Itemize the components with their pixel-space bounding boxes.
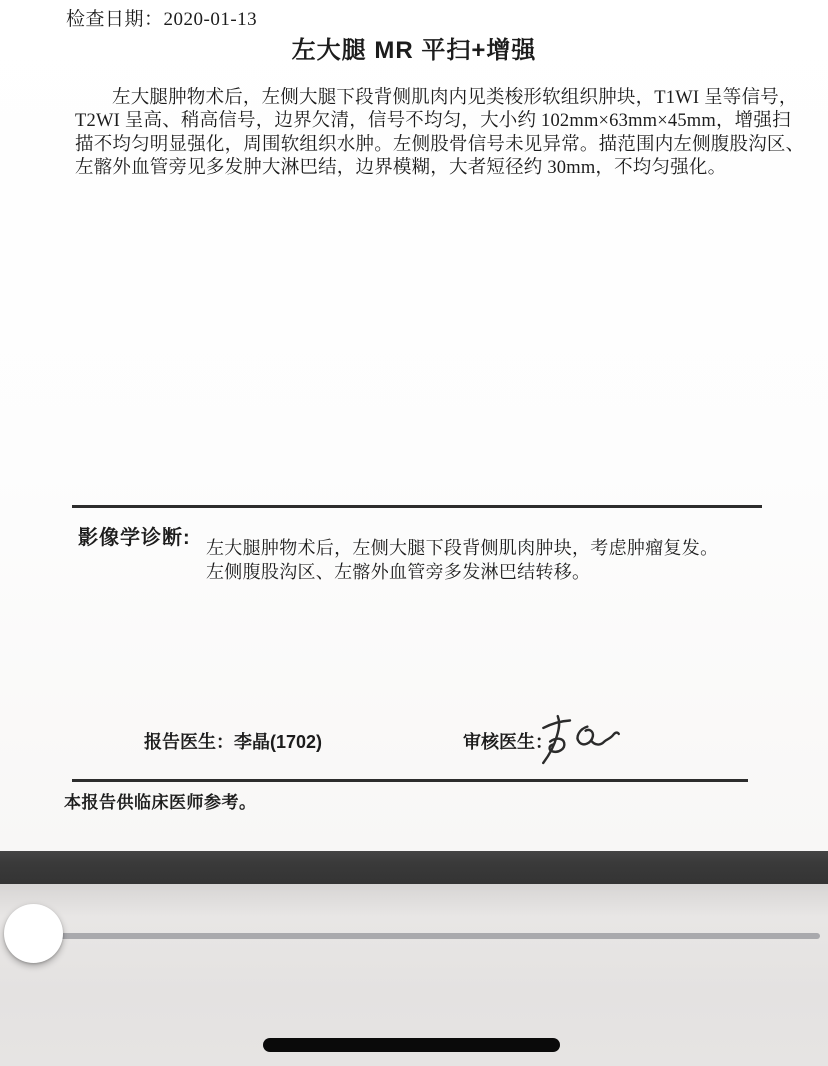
- findings-line: 描不均匀明显强化，周围软组织水肿。左侧股骨信号未见异常。描范围内左侧腹股沟区、: [75, 134, 765, 157]
- findings-line: 左髂外血管旁见多发肿大淋巴结，边界模糊，大者短径约 30mm，不均匀强化。: [75, 157, 765, 180]
- report-doctor-line: 报告医生：李晶(1702): [144, 728, 322, 754]
- report-doctor-label: 报告医生：: [144, 732, 234, 752]
- page-scrub-slider[interactable]: [0, 884, 828, 994]
- home-indicator[interactable]: [263, 1038, 560, 1052]
- findings-line: T2WI 呈高、稍高信号，边界欠清，信号不均匀，大小约 102mm×63mm×4…: [75, 110, 765, 133]
- report-title: 左大腿 MR 平扫+增强: [0, 30, 828, 65]
- report-doctor-value: 李晶(1702): [234, 732, 322, 752]
- slider-handle[interactable]: [4, 904, 63, 963]
- slider-track[interactable]: [34, 933, 820, 939]
- findings-paragraph: 左大腿肿物术后，左侧大腿下段背侧肌肉内见类梭形软组织肿块，T1WI 呈等信号， …: [75, 87, 765, 180]
- findings-line: 左大腿肿物术后，左侧大腿下段背侧肌肉内见类梭形软组织肿块，T1WI 呈等信号，: [75, 87, 765, 110]
- footer-divider: [72, 779, 748, 782]
- report-page: 检查日期：2020-01-13 左大腿 MR 平扫+增强 左大腿肿物术后，左侧大…: [0, 0, 828, 851]
- exam-date-line: 检查日期：2020-01-13: [66, 4, 257, 31]
- diagnosis-line: 左侧腹股沟区、左髂外血管旁多发淋巴结转移。: [206, 560, 718, 584]
- diagnosis-divider: [72, 505, 762, 508]
- diagnosis-label: 影像学诊断:: [78, 521, 191, 550]
- review-doctor-signature-icon: [537, 708, 624, 770]
- diagnosis-paragraph: 左大腿肿物术后，左侧大腿下段背侧肌肉肿块，考虑肿瘤复发。 左侧腹股沟区、左髂外血…: [206, 536, 718, 584]
- footer-note: 本报告供临床医师参考。: [64, 788, 257, 813]
- diagnosis-line: 左大腿肿物术后，左侧大腿下段背侧肌肉肿块，考虑肿瘤复发。: [206, 536, 718, 560]
- exam-date-label: 检查日期：: [66, 9, 164, 30]
- viewer-page-gap-bar: [0, 851, 828, 884]
- exam-date-value: 2020-01-13: [164, 9, 258, 30]
